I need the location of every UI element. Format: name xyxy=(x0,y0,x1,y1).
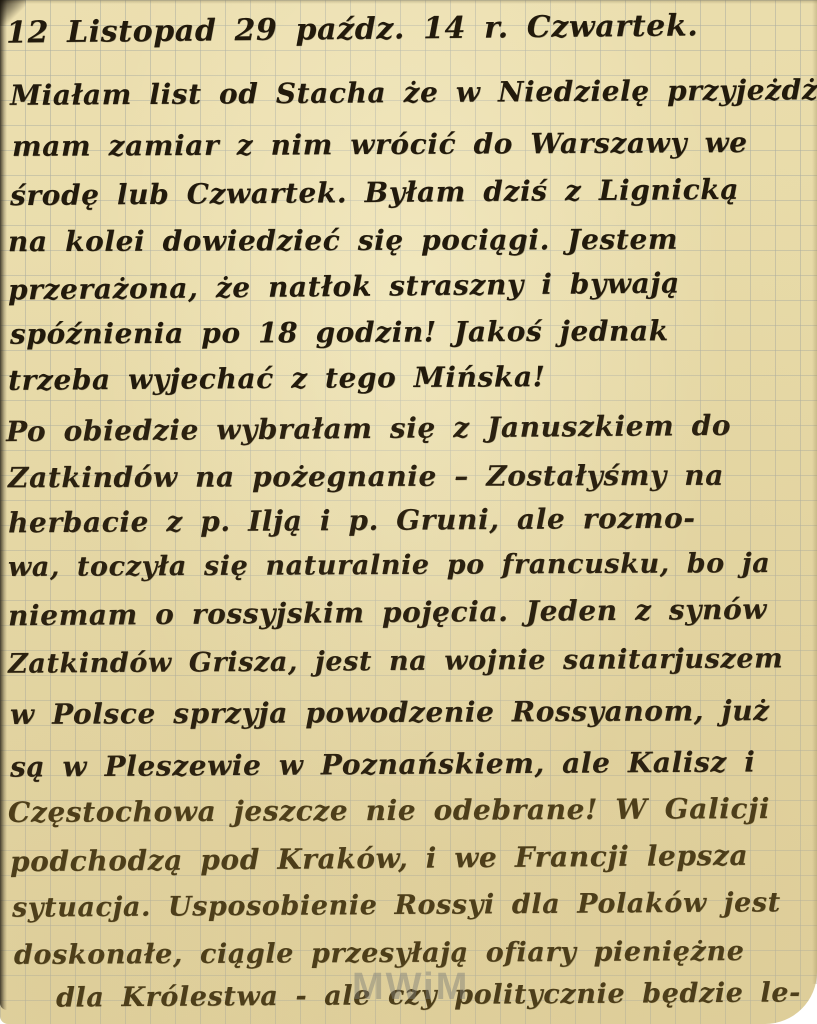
page-edge-right xyxy=(812,0,817,984)
page-edge-top xyxy=(0,0,817,4)
date-heading: 12 Listopad 29 paźdz. 14 r. Czwartek. xyxy=(6,8,699,50)
handwriting-line: Zatkindów Grisza, jest na wojnie sanitar… xyxy=(8,643,783,679)
handwriting-line: na kolei dowiedzieć się pociągi. Jestem xyxy=(8,223,678,258)
handwriting-line: sytuacja. Usposobienie Rossyi dla Polakó… xyxy=(12,887,781,923)
handwriting-line: niemam o rossyjskim pojęcia. Jeden z syn… xyxy=(8,593,767,633)
handwriting-line: herbacie z p. Ilją i p. Gruni, ale rozmo… xyxy=(8,502,696,540)
handwriting-line: Po obiedzie wybrałam się z Januszkiem do xyxy=(6,409,731,448)
handwriting-line: są w Pleszewie w Poznańskiem, ale Kalisz… xyxy=(10,745,756,783)
handwriting-line: Miałam list od Stacha że w Niedzielę prz… xyxy=(10,73,817,112)
handwriting-line: w Polsce sprzyja powodzenie Rossyanom, j… xyxy=(10,694,770,731)
handwriting-line: środę lub Czwartek. Byłam dziś z Lignick… xyxy=(10,173,739,212)
handwriting-line: spóźnienia po 18 godzin! Jakoś jednak xyxy=(10,314,669,350)
handwriting-line: trzeba wyjechać z tego Mińska! xyxy=(8,360,546,397)
archive-watermark: MWiM xyxy=(352,966,469,1009)
scanned-document: 12 Listopad 29 paźdz. 14 r. Czwartek. Mi… xyxy=(0,0,817,1024)
handwriting-line: przerażona, że natłok straszny i bywają xyxy=(8,266,680,306)
handwriting-line: wa, toczyła się naturalnie po francusku,… xyxy=(8,548,770,583)
handwriting-line: Częstochowa jeszcze nie odebrane! W Gali… xyxy=(8,792,770,829)
handwriting-line: podchodzą pod Kraków, i we Francji lepsz… xyxy=(10,839,748,878)
handwriting-line: Zatkindów na pożegnanie – Zostałyśmy na xyxy=(8,459,724,494)
page-edge-left xyxy=(0,0,7,1010)
handwriting-line: mam zamiar z nim wrócić do Warszawy we xyxy=(12,126,748,163)
